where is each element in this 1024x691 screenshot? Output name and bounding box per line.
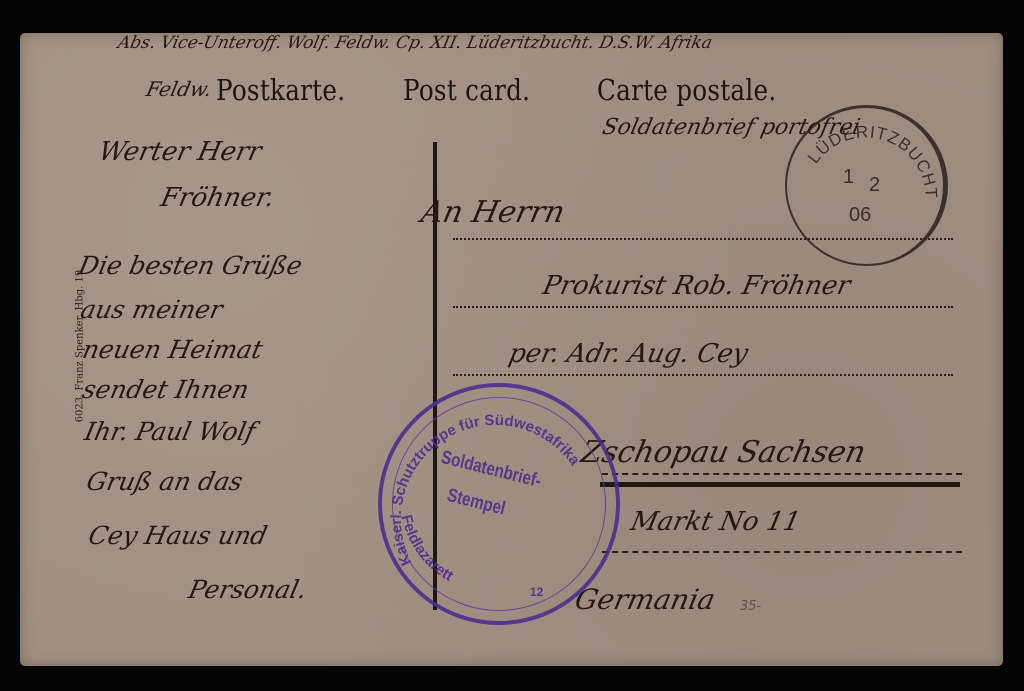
postmark-month: 2	[869, 174, 880, 197]
address-line-3: per. Adr. Aug. Cey	[506, 339, 751, 369]
message-line: aus meiner	[78, 295, 225, 324]
feldpost-seal-stamp: Kaiserl. Schutztruppe für Südwestafrika …	[378, 383, 620, 625]
address-rule-5	[602, 551, 962, 553]
address-line-4: Zschopau Sachsen	[578, 435, 869, 470]
postmark-cancel: LÜDERITZBUCHT 1 2 06	[785, 105, 948, 266]
postmark-day: 1	[843, 166, 854, 189]
postcard: Abs. Vice-Unteroff. Wolf. Feldw. Cp. XII…	[20, 33, 1003, 666]
seal-number: 12	[530, 585, 543, 599]
address-rule-3	[453, 374, 953, 376]
message-line: neuen Heimat	[80, 335, 265, 364]
address-rule-2	[453, 306, 953, 308]
pencil-price-note: 35-	[740, 599, 761, 614]
address-line-5: Markt No 11	[628, 507, 803, 537]
heading-german: Postkarte.	[216, 73, 345, 107]
message-line: Cey Haus und	[86, 521, 270, 550]
sender-line: Abs. Vice-Unteroff. Wolf. Feldw. Cp. XII…	[116, 33, 714, 53]
address-rule-thick	[600, 482, 960, 487]
salutation-line-2: Fröhner.	[158, 183, 277, 213]
postmark-year: 06	[849, 204, 871, 227]
address-line-1: An Herrn	[418, 195, 568, 230]
address-line-2: Prokurist Rob. Fröhner	[540, 271, 853, 301]
heading-french: Carte postale.	[597, 73, 776, 107]
heading-english: Post card.	[403, 73, 530, 107]
message-line: Ihr. Paul Wolf	[82, 417, 258, 446]
salutation-line-1: Werter Herr	[96, 137, 264, 167]
message-line: Die besten Grüße	[76, 251, 305, 280]
sender-prefix: Feldw.	[144, 77, 214, 101]
message-line: Gruß an das	[84, 467, 246, 496]
message-line: Personal.	[186, 575, 309, 604]
postmark-ring-text: LÜDERITZBUCHT	[785, 105, 941, 261]
message-line: sendet Ihnen	[80, 375, 252, 404]
address-rule-4	[602, 473, 962, 475]
